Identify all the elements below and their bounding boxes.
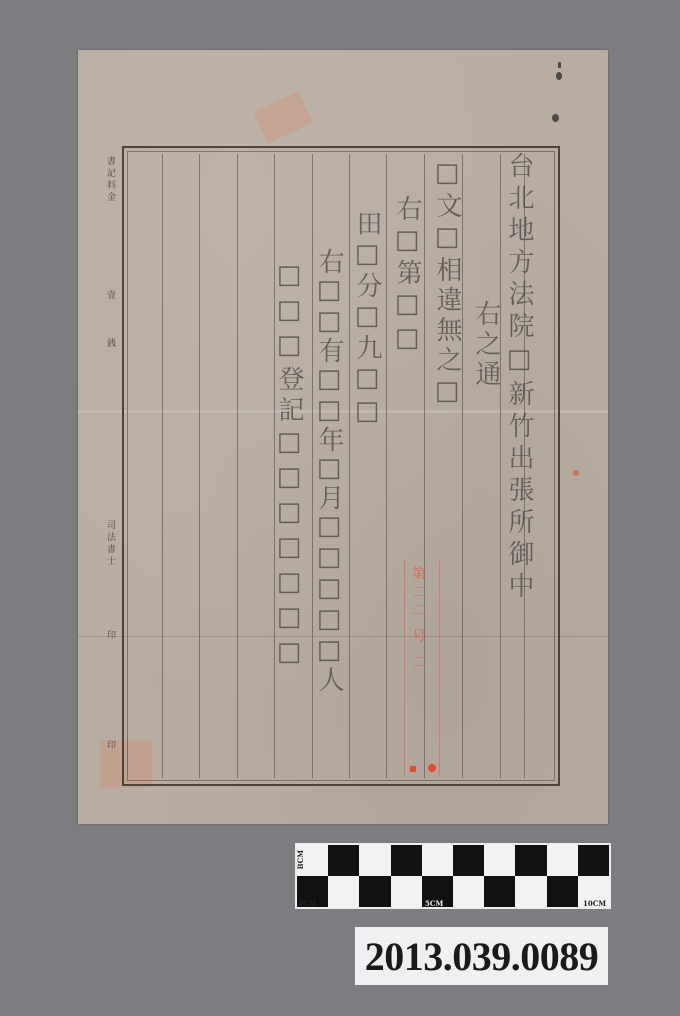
margin-label-amount: 壹 銭 — [104, 290, 117, 365]
measurement-scale — [295, 843, 611, 909]
column-rule — [349, 154, 350, 778]
column-rule — [237, 154, 238, 778]
accession-number-label: 2013.039.0089 — [355, 927, 608, 985]
handwritten-line-5: 田□分□九□□ — [354, 210, 380, 429]
handwritten-line-1: 台北地方法院□新竹出張所御中 — [506, 152, 532, 604]
faded-seal-top — [253, 91, 313, 144]
punch-mark — [558, 62, 561, 68]
handwritten-line-6: 右□□有□□年□月□□□□□人 — [316, 248, 342, 693]
red-stamp-mark — [410, 766, 416, 772]
margin-label-fee: 書記料金 — [104, 156, 117, 204]
scale-label-10cm: 10CM — [583, 899, 606, 908]
column-rule — [162, 154, 163, 778]
handwritten-line-7: □□□登記□□□□□□□ — [276, 260, 302, 672]
column-rule — [462, 154, 463, 778]
handwritten-line-4: 右□第□□ — [394, 195, 420, 357]
handwritten-line-3: □文□相違無之□ — [434, 158, 460, 410]
document-paper: 書記料金 壹 銭 司法書士 印 印 台北地方法院□新竹出張所御中 右之通 □文□… — [78, 50, 608, 824]
handwritten-line-2: 右之通 — [473, 300, 499, 390]
red-stamp-text: 第二二 号 二 — [408, 566, 428, 673]
margin-label-seal-bottom: 印 — [104, 740, 117, 752]
punch-mark — [556, 72, 562, 80]
red-stamp-mark — [428, 764, 436, 772]
column-rule — [199, 154, 200, 778]
column-rule — [386, 154, 387, 778]
red-mark-right — [573, 470, 579, 476]
column-rule — [312, 154, 313, 778]
scale-label-1cm: 1CM — [298, 899, 316, 908]
scale-label-5cm: 5CM — [425, 899, 443, 908]
punch-mark — [552, 114, 559, 122]
scale-label-top-left: BCM — [296, 850, 305, 869]
margin-label-seal: 印 — [104, 630, 117, 642]
margin-label-scrivener: 司法書士 — [104, 520, 117, 568]
column-rule — [500, 154, 501, 778]
